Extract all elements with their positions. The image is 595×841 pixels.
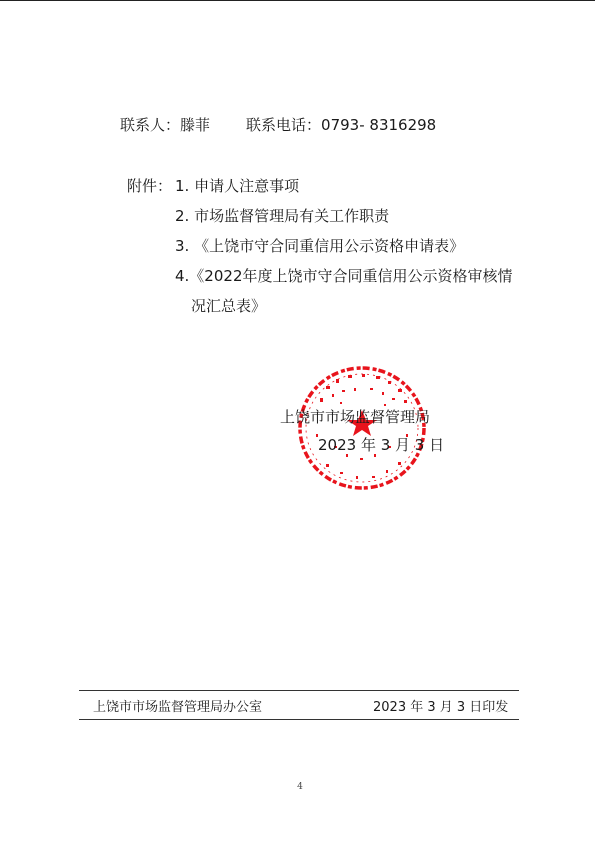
top-border-rule <box>0 0 595 1</box>
footer-office: 上饶市市场监督管理局办公室 <box>93 696 262 715</box>
contact-person-name: 滕菲 <box>180 116 210 134</box>
contact-line: 联系人：滕菲联系电话：0793- 8316298 <box>120 114 436 135</box>
footer-top-rule <box>79 690 519 691</box>
attachment-item-3: 3. 《上饶市守合同重信用公示资格申请表》 <box>175 235 464 256</box>
footer-bottom-rule <box>79 719 519 720</box>
footer-printed-date: 2023 年 3 月 3 日印发 <box>373 696 508 715</box>
attachment-item-2: 2. 市场监督管理局有关工作职责 <box>175 205 389 226</box>
issuer-name: 上饶市市场监督管理局 <box>280 406 430 427</box>
contact-person-label: 联系人： <box>120 116 180 134</box>
attachment-item-4: 4.《2022年度上饶市守合同重信用公示资格审核情 <box>175 265 513 286</box>
official-seal-stamp-icon <box>296 364 428 492</box>
issue-date: 2023 年 3 月 3 日 <box>318 434 444 455</box>
attachment-item-1: 1. 申请人注意事项 <box>175 175 299 196</box>
contact-phone-number: 0793- 8316298 <box>321 116 436 134</box>
attachments-label: 附件： <box>127 175 172 196</box>
attachment-item-4-continuation: 况汇总表》 <box>191 295 266 316</box>
page-number: 4 <box>0 782 595 792</box>
contact-phone-label: 联系电话： <box>246 116 321 134</box>
